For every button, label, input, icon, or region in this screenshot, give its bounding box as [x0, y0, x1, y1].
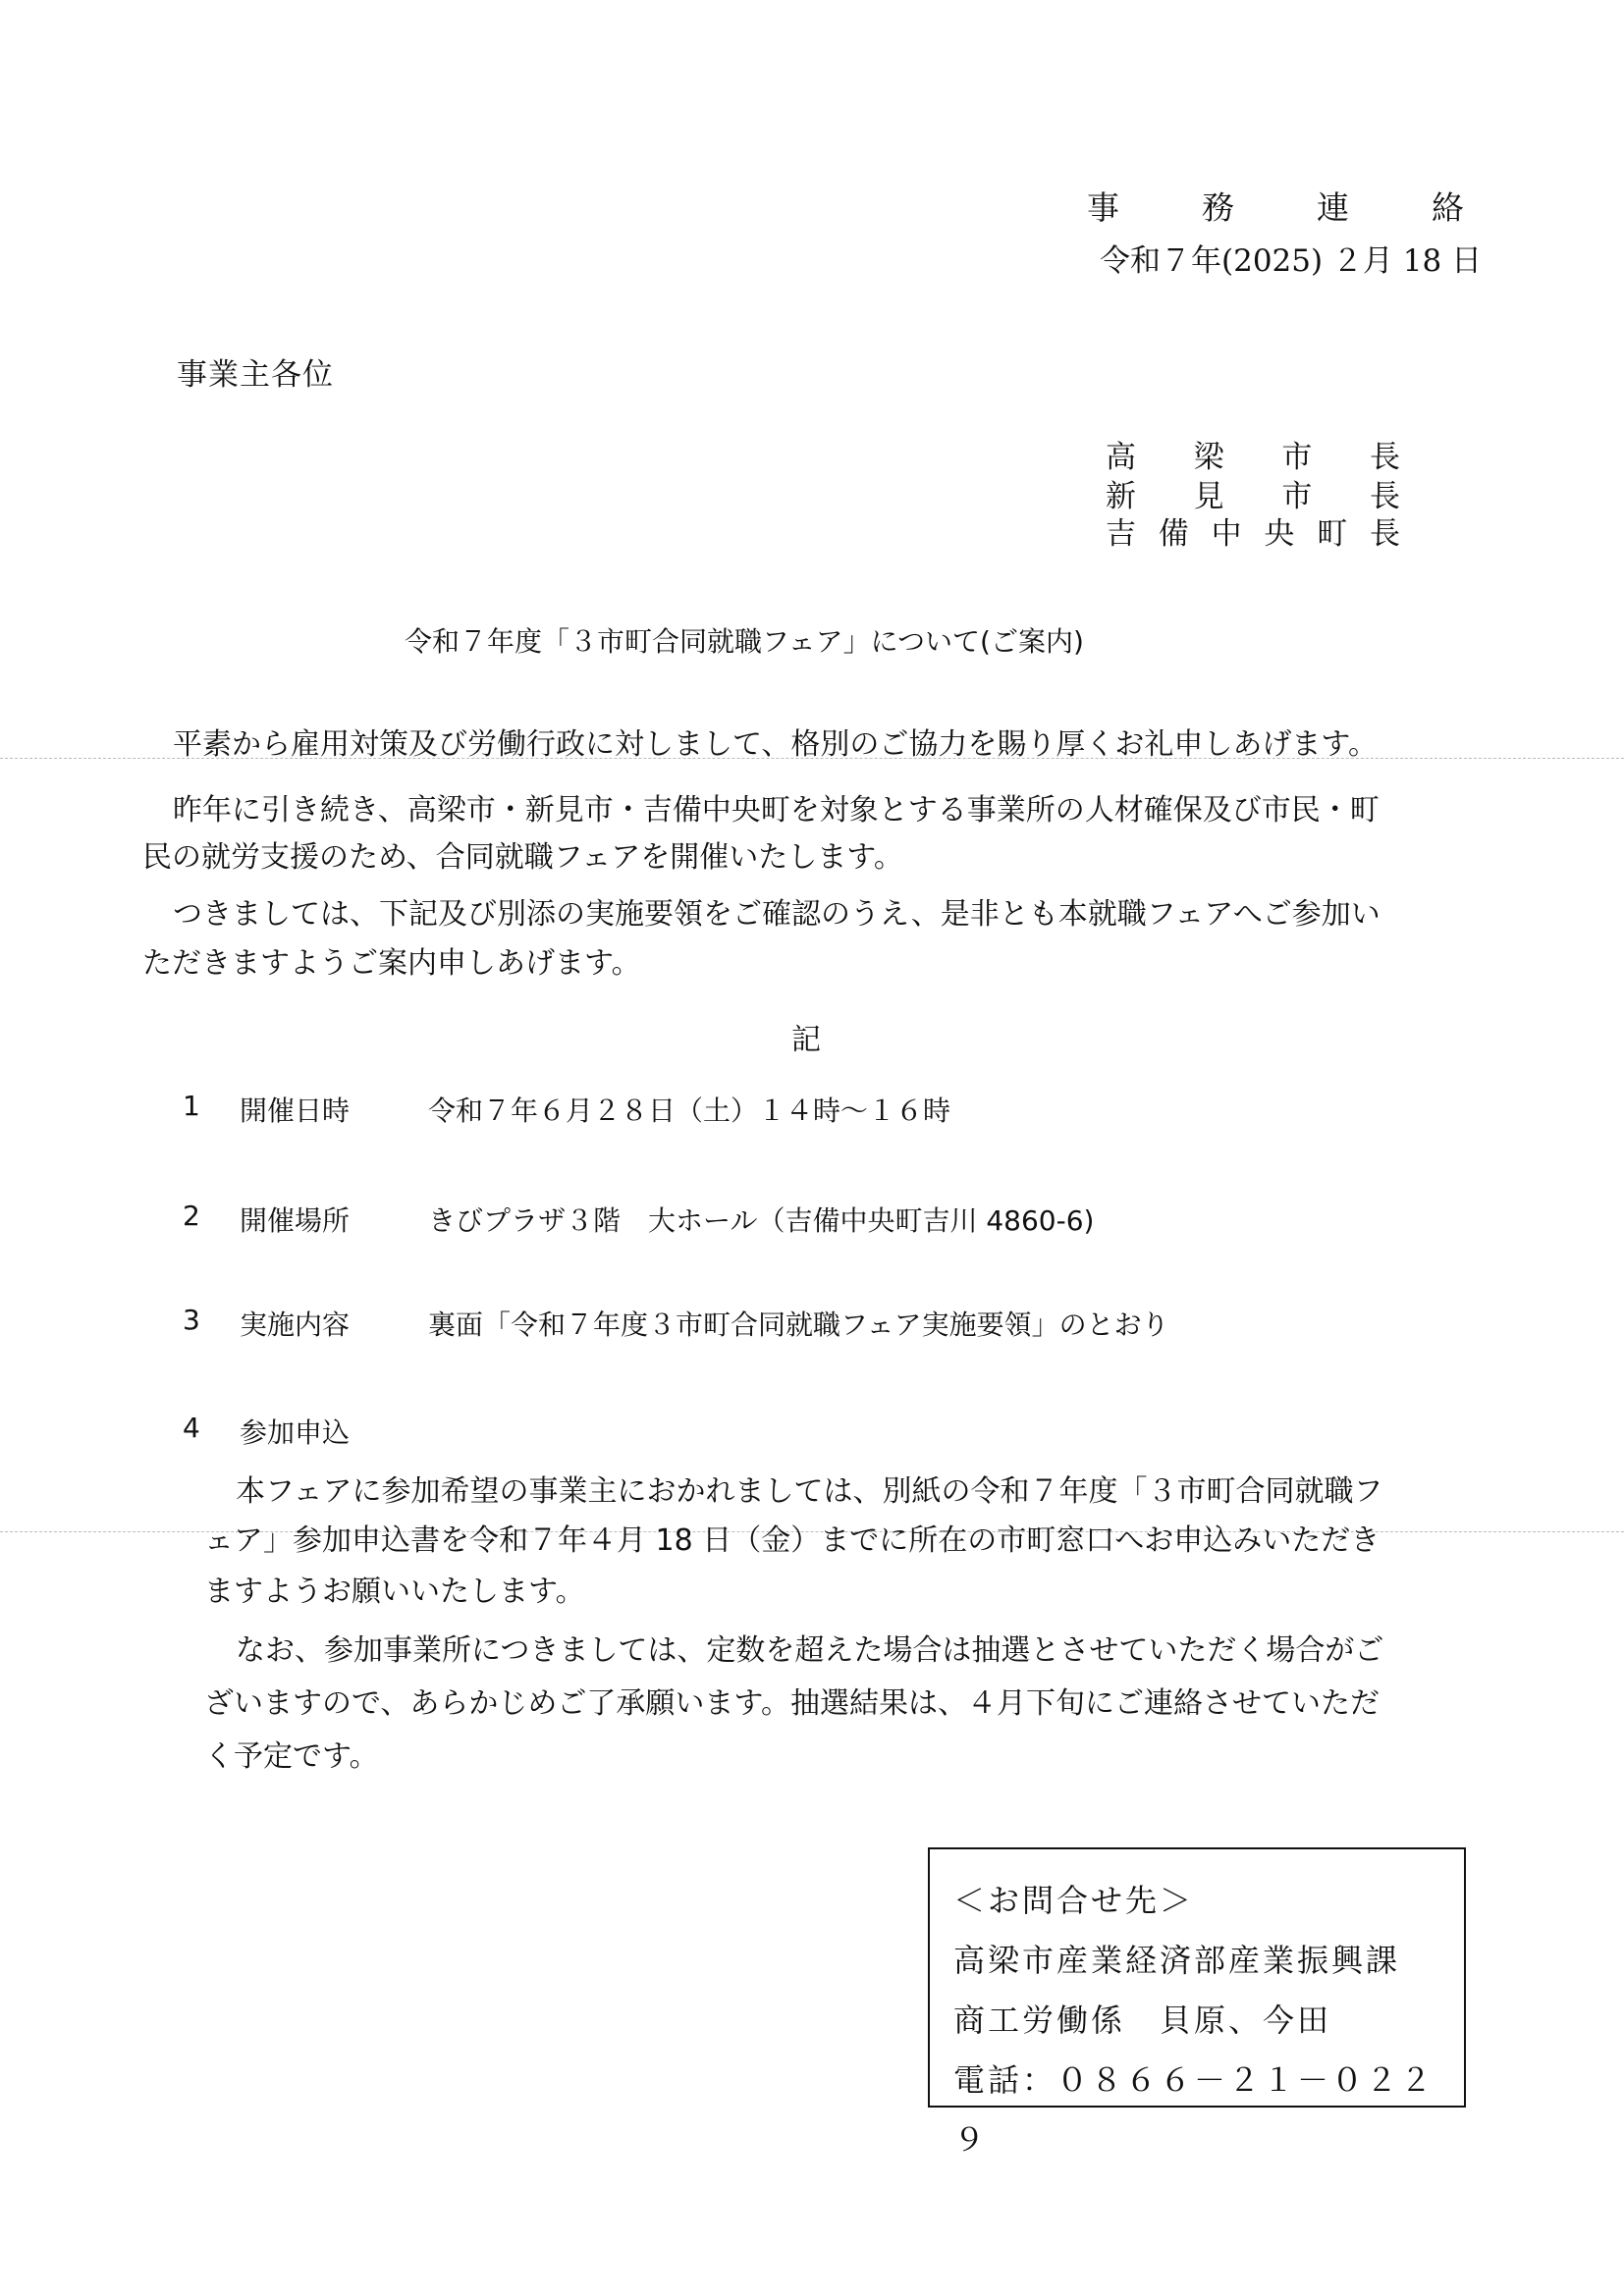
- application-line-5: ざいますので、あらかじめご了承願います。抽選結果は、４月下旬にご連絡させていただ: [204, 1679, 1380, 1722]
- doc-type-char: 事: [1087, 183, 1119, 229]
- application-line-2: ェア」参加申込書を令和７年４月 18 日（金）までに所在の市町窓口へお申込みいた…: [204, 1516, 1380, 1559]
- doc-type-char: 絡: [1432, 183, 1464, 229]
- body-paragraph-3-cont: ただきますようご案内申しあげます。: [142, 938, 641, 982]
- item-4-number: 4: [183, 1412, 200, 1444]
- document-title: 令和７年度「３市町合同就職フェア」について(ご案内): [405, 620, 1084, 660]
- application-line-6: く予定です。: [204, 1732, 379, 1775]
- body-paragraph-2: 昨年に引き続き、高梁市・新見市・吉備中央町を対象とする事業所の人材確保及び市民・…: [173, 785, 1380, 828]
- body-paragraph-1: 平素から雇用対策及び労働行政に対しまして、格別のご協力を賜り厚くお礼申しあげます…: [173, 720, 1378, 763]
- contact-heading: ＜お問合せ先＞: [953, 1871, 1464, 1931]
- doc-type-char: 務: [1202, 183, 1234, 229]
- item-1-number: 1: [183, 1090, 200, 1122]
- application-line-1: 本フェアに参加希望の事業主におかれましては、別紙の令和７年度「３市町合同就職フ: [236, 1467, 1383, 1510]
- application-line-3: ますようお願いいたします。: [204, 1567, 585, 1610]
- body-paragraph-3: つきましては、下記及び別添の実施要領をご確認のうえ、是非とも本就職フェアへご参加…: [173, 889, 1380, 933]
- document-type: 事 務 連 絡: [1087, 183, 1464, 229]
- item-2-value: きびプラザ３階 大ホール（吉備中央町吉川 4860-6): [428, 1200, 1094, 1239]
- addressee: 事業主各位: [177, 349, 334, 394]
- sender-kibichuo: 吉 備 中 央 町 長: [1106, 508, 1400, 553]
- contact-department: 高梁市産業経済部産業振興課: [953, 1931, 1464, 1991]
- item-3-label: 実施内容: [240, 1304, 350, 1343]
- item-2-label: 開催場所: [240, 1200, 350, 1239]
- sender-takahashi: 高 梁 市 長: [1106, 432, 1400, 476]
- item-2-number: 2: [183, 1200, 200, 1232]
- item-3-number: 3: [183, 1304, 200, 1336]
- item-3-value: 裏面「令和７年度３市町合同就職フェア実施要領」のとおり: [428, 1304, 1169, 1343]
- contact-box: ＜お問合せ先＞ 高梁市産業経済部産業振興課 商工労働係 貝原、今田 電話：０８６…: [928, 1847, 1466, 2108]
- item-1-value: 令和７年６月２８日（土）１４時～１６時: [428, 1090, 950, 1129]
- scan-artifact-line: [0, 758, 1624, 759]
- contact-staff: 商工労働係 貝原、今田: [953, 1991, 1464, 2051]
- document-date: 令和７年(2025) ２月 18 日: [1100, 236, 1482, 280]
- application-line-4: なお、参加事業所につきましては、定数を超えた場合は抽選とさせていただく場合がご: [236, 1626, 1383, 1669]
- doc-type-char: 連: [1317, 183, 1349, 229]
- item-4-label: 参加申込: [240, 1412, 350, 1451]
- item-1-label: 開催日時: [240, 1090, 350, 1129]
- body-paragraph-2-cont: 民の就労支援のため、合同就職フェアを開催いたします。: [142, 832, 903, 876]
- contact-phone: 電話：０８６６－２１－０２２９: [953, 2051, 1464, 2170]
- ki-marker: 記: [791, 1015, 821, 1058]
